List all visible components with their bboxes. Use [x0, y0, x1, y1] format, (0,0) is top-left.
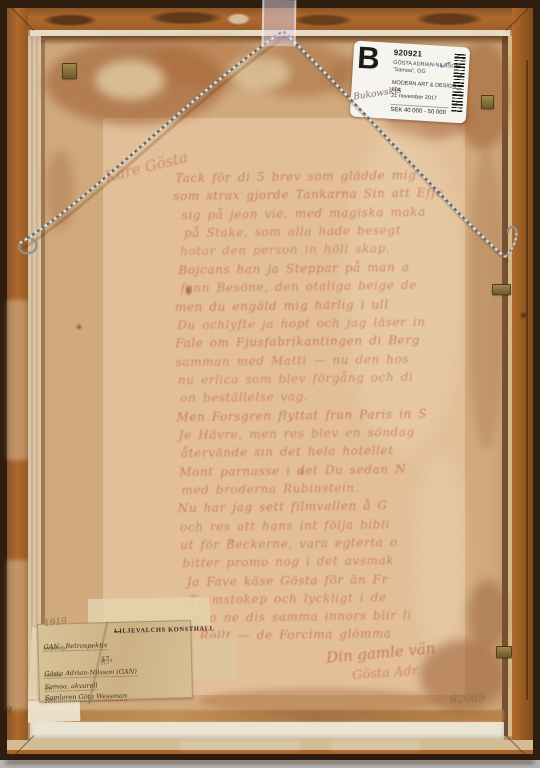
frame-rail-right: [512, 8, 533, 757]
brass-clip: [481, 95, 494, 109]
letter-line: som strax gjorde Tankarna Sin att Effe: [173, 186, 444, 204]
letter-line: ut för Beckerne, vara egterta o: [180, 535, 398, 552]
letter-line: Tack för di 5 brev som glädde mig: [175, 168, 417, 185]
letter-line: Mont parnasse i det Du sedan N: [179, 462, 406, 479]
tape-remnant: [188, 638, 236, 680]
letter-line: på Stake, som alla hade besegt: [184, 223, 401, 240]
letter-line: fann Besöne, den otaliga beige de: [181, 278, 417, 295]
exhibition-fields: utställning GAN - Retrospektiv År 19 57 …: [38, 621, 192, 701]
barcode-icon: [451, 54, 466, 113]
letter-line: Men Forsgren flyttat fran Paris in S: [176, 407, 427, 424]
tape-residue: [180, 740, 300, 750]
letter-line: samman med Matti — nu den hos: [176, 352, 410, 369]
nail-hole: [521, 313, 526, 318]
worn-gesso-patch: [7, 560, 28, 710]
letter-line: Fale om Fjusfabrikantingen di Berg: [175, 333, 420, 350]
frame-rail-bottom: [7, 740, 533, 757]
auction-label: B Bukowskis 920921 GÖSTA ADRIAN-NILSSON,…: [350, 41, 470, 124]
pencil-inscription: 92069: [450, 691, 486, 706]
letter-line: sig på jean vie, med magiska maka: [182, 205, 426, 222]
exhibition-label-row: År 19 57: [101, 651, 187, 664]
photo-back-of-framed-artwork: Käre Gösta Tack för di 5 brev som glädde…: [0, 0, 540, 768]
letter-line: Tramstokep och lyckligt i de: [189, 590, 387, 607]
pencil-inscription: 9: [6, 706, 12, 716]
letter-line: Du ochlyfte ja hopt och jag läser in: [177, 315, 426, 332]
letter-line: Bojcans han ja Steppar på man a: [178, 260, 409, 277]
frame-crack: [526, 60, 528, 700]
letter-line: men du engäld mig härlig i ull: [175, 297, 389, 314]
frame-rail-left: [7, 8, 28, 757]
letter-line: återvände sin det hela hotellet: [181, 443, 394, 460]
letter-line: och res att hans int följa bibli: [180, 517, 390, 534]
letter-line: on beställelse vag.: [180, 389, 308, 405]
worn-gesso-patch: [7, 300, 28, 460]
letter-line: med broderna Rubinstein.: [181, 481, 359, 497]
brass-clip: [492, 284, 511, 295]
letter-line: nu erlica som blev förgång och di: [178, 370, 414, 387]
field-value-handwritten: Gösta Adrian-Nilsson (GAN): [44, 667, 137, 678]
field-value-handwritten: GAN - Retrospektiv: [44, 641, 108, 652]
letter-line: bitter promo nog i det avsmak: [182, 553, 394, 570]
letter-line: Ja Fave käse Gösta för än Fr: [187, 572, 388, 589]
auction-house-logo-letter: B: [356, 42, 380, 74]
brass-clip: [496, 646, 512, 658]
letter-line: goo ne dis samma innors blir li: [193, 608, 412, 625]
sale-date: 21 november 2017: [391, 93, 437, 102]
checkmark-icon: ✓: [436, 54, 455, 75]
field-value-handwritten: 57: [101, 655, 110, 664]
brass-clip: [62, 63, 77, 79]
tape-strip-top: [262, 0, 297, 46]
letter-line: Je Hävre, men res blev en söndag: [179, 425, 415, 442]
letter-line: Nu har jag sett filmvallen å G: [178, 498, 388, 515]
exhibition-label: –– LILJEVALCHS KONSTHALL –– utställning …: [37, 620, 193, 702]
letter-line: hotar den person in höll skap.: [180, 241, 390, 258]
exhibition-label-row: utställning GAN - Retrospektiv: [43, 637, 187, 652]
artwork-title: "Samoa", GG: [393, 67, 426, 75]
estimate: SEK 40 000 - 50 000: [390, 107, 446, 116]
tape-residue: [330, 741, 420, 750]
lot-number: 920921: [393, 48, 422, 59]
